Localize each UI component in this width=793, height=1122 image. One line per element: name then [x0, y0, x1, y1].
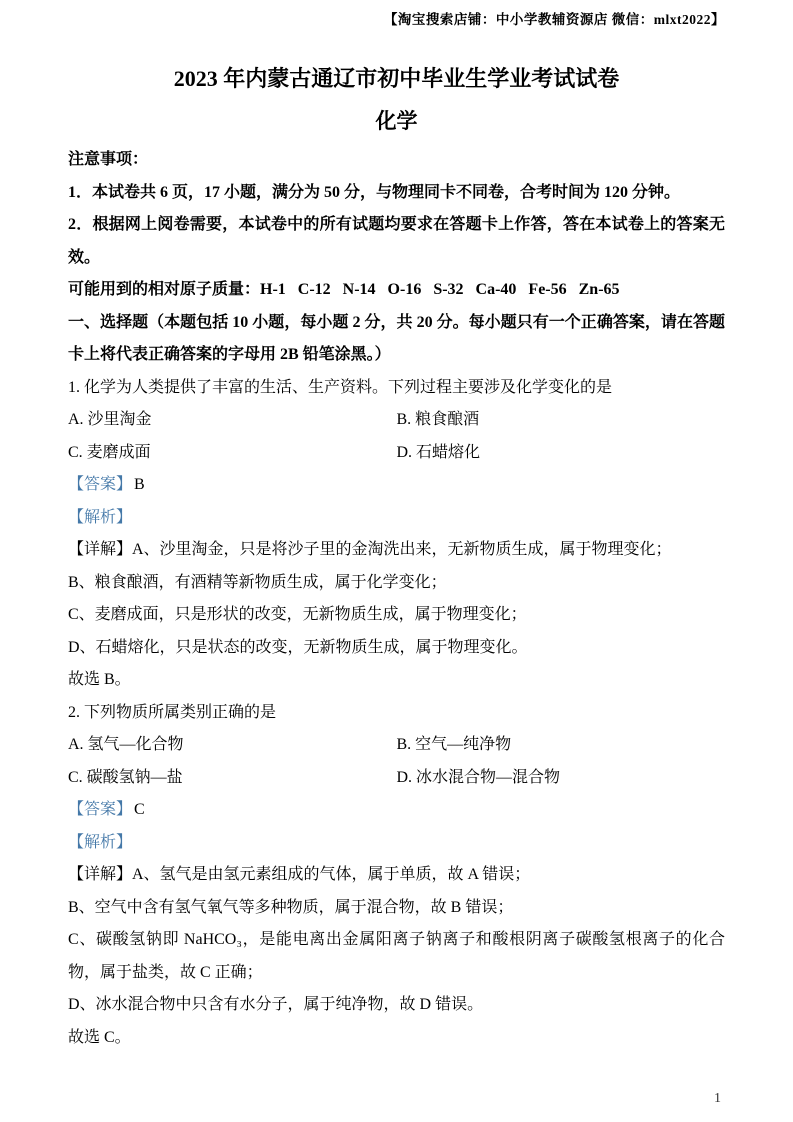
question-2-option-a: A. 氢气—化合物 — [68, 729, 397, 762]
question-2-answer-value: C — [134, 801, 145, 818]
question-2-conclusion: 故选 C。 — [68, 1022, 725, 1055]
question-1-answer-line: 【答案】B — [68, 469, 725, 502]
question-1-answer-value: B — [134, 476, 145, 493]
question-1-explanation-line: 【详解】A、沙里淘金，只是将沙子里的金淘洗出来，无新物质生成，属于物理变化； — [68, 534, 725, 567]
question-1-options-row-2: C. 麦磨成面 D. 石蜡熔化 — [68, 437, 725, 470]
question-2-option-c: C. 碳酸氢钠—盐 — [68, 762, 397, 795]
question-1-analysis-label: 【解析】 — [68, 502, 725, 535]
question-2-explanation-line: C、碳酸氢钠即 NaHCO₃，是能电离出金属阳离子钠离子和酸根阴离子碳酸氢根离子… — [68, 924, 725, 989]
shop-watermark: 【淘宝搜索店铺：中小学教辅资源店 微信：mlxt2022】 — [68, 10, 725, 30]
question-2-answer-line: 【答案】C — [68, 794, 725, 827]
question-1-option-d: D. 石蜡熔化 — [397, 437, 726, 470]
question-2-analysis-label: 【解析】 — [68, 827, 725, 860]
exam-subject: 化学 — [68, 106, 725, 136]
page-number: 1 — [714, 1090, 721, 1108]
notice-heading: 注意事项： — [68, 144, 725, 177]
question-2-options-row-1: A. 氢气—化合物 B. 空气—纯净物 — [68, 729, 725, 762]
answer-label: 【答案】 — [68, 801, 132, 818]
exam-title: 2023 年内蒙古通辽市初中毕业生学业考试试卷 — [68, 64, 725, 94]
question-2: 2. 下列物质所属类别正确的是 A. 氢气—化合物 B. 空气—纯净物 C. 碳… — [68, 697, 725, 1055]
question-1-explanation-line: C、麦磨成面，只是形状的改变，无新物质生成，属于物理变化； — [68, 599, 725, 632]
notice-item-2: 2．根据网上阅卷需要，本试卷中的所有试题均要求在答题卡上作答，答在本试卷上的答案… — [68, 209, 725, 274]
question-1-stem: 1. 化学为人类提供了丰富的生活、生产资料。下列过程主要涉及化学变化的是 — [68, 372, 725, 405]
notice-item-1: 1．本试卷共 6 页，17 小题，满分为 50 分，与物理同卡不同卷，合考时间为… — [68, 177, 725, 210]
atomic-mass-line: 可能用到的相对原子质量：H-1 C-12 N-14 O-16 S-32 Ca-4… — [68, 274, 725, 307]
question-1-explanation-line: D、石蜡熔化，只是状态的改变，无新物质生成，属于物理变化。 — [68, 632, 725, 665]
question-1: 1. 化学为人类提供了丰富的生活、生产资料。下列过程主要涉及化学变化的是 A. … — [68, 372, 725, 697]
question-2-stem: 2. 下列物质所属类别正确的是 — [68, 697, 725, 730]
answer-label: 【答案】 — [68, 476, 132, 493]
question-1-option-b: B. 粮食酿酒 — [397, 404, 726, 437]
question-1-option-c: C. 麦磨成面 — [68, 437, 397, 470]
question-2-option-d: D. 冰水混合物—混合物 — [397, 762, 726, 795]
question-2-explanation-line: 【详解】A、氢气是由氢元素组成的气体，属于单质，故 A 错误； — [68, 859, 725, 892]
question-2-explanation-line: D、冰水混合物中只含有水分子，属于纯净物，故 D 错误。 — [68, 989, 725, 1022]
exam-page: 【淘宝搜索店铺：中小学教辅资源店 微信：mlxt2022】 2023 年内蒙古通… — [0, 0, 793, 1122]
question-1-explanation-line: B、粮食酿酒，有酒精等新物质生成，属于化学变化； — [68, 567, 725, 600]
question-2-explanation-line: B、空气中含有氢气氧气等多种物质，属于混合物，故 B 错误； — [68, 892, 725, 925]
question-2-option-b: B. 空气—纯净物 — [397, 729, 726, 762]
question-2-options-row-2: C. 碳酸氢钠—盐 D. 冰水混合物—混合物 — [68, 762, 725, 795]
question-1-options-row-1: A. 沙里淘金 B. 粮食酿酒 — [68, 404, 725, 437]
section-one-heading: 一、选择题（本题包括 10 小题，每小题 2 分，共 20 分。每小题只有一个正… — [68, 307, 725, 372]
question-1-option-a: A. 沙里淘金 — [68, 404, 397, 437]
question-1-conclusion: 故选 B。 — [68, 664, 725, 697]
